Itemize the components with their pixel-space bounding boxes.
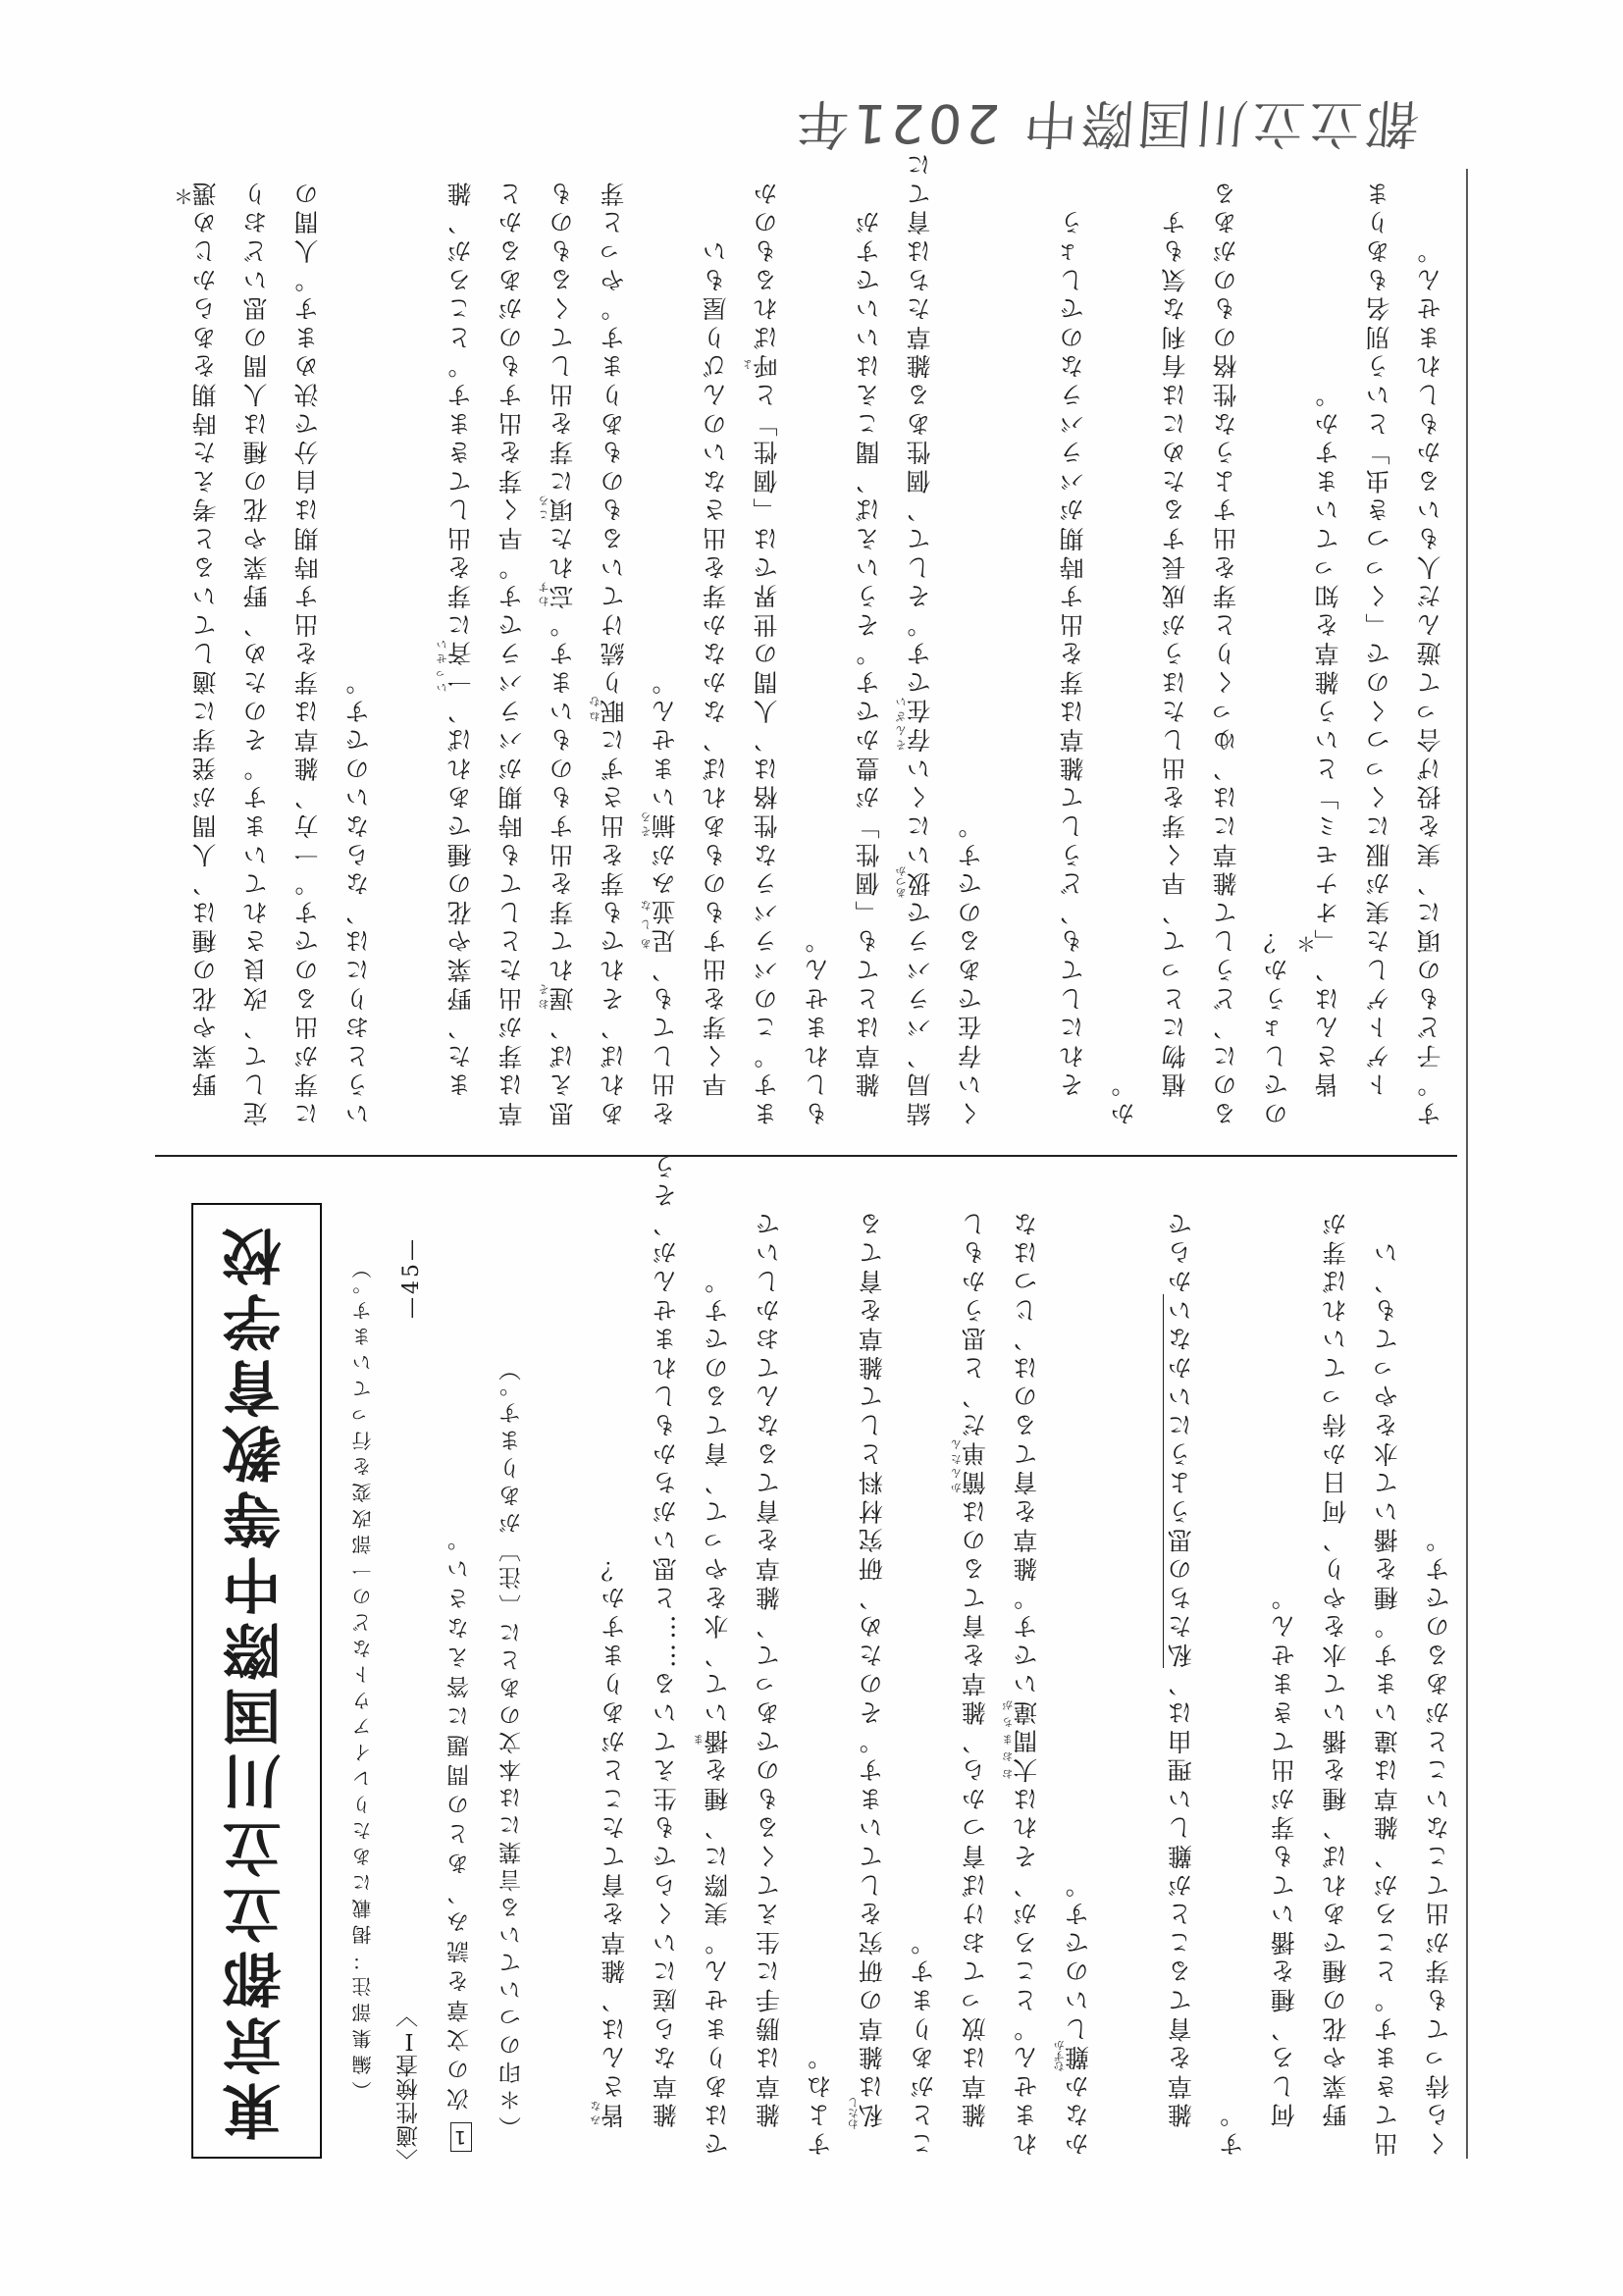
- text-column: あれば、それでも芽を出さずに眠ねむり続けているものもあります。やっと芽: [589, 145, 640, 1126]
- school-title: 東京都立立川国際中等教育学校: [215, 1221, 299, 2141]
- text-column: 雑草なら庭にいくらでも生えている……と思いがちかもしれませんが、そう: [641, 1175, 693, 2157]
- text-column: に芽が出るのです。一方、雑草は芽を出す時期は自分で決めます。人間の: [283, 145, 334, 1126]
- furigana-word: 呼よ: [753, 350, 781, 379]
- text-column: 植物にとって、早く芽を出したほうが成長するためには有利な気もす: [1150, 145, 1201, 1126]
- blank-column: [997, 145, 1048, 1126]
- text-column: 草は芽が出たとしても時期がバラバラです。早く芽を出すものがあるかと: [487, 145, 538, 1126]
- text-column: 出てきます。ところが、雑草は違います。種を播いて水をやっても、い: [1362, 1175, 1414, 2157]
- text-column: また、野菜や花の種であれば、一斉いっせいに芽を出してきます。ところが、雑: [436, 145, 487, 1126]
- question-instruction: 次の文章を読み、あとの問題に答えなさい。: [447, 1522, 473, 2111]
- text-column: 野菜や花の種であれば、種を播いて水をやり、何日か待っていれば芽が: [1311, 1175, 1363, 2157]
- furigana-word: 難むずか: [1064, 2042, 1092, 2070]
- page-number: —45—: [401, 1236, 423, 1319]
- underlined-phrase: 私たちの思うようにいかない: [1163, 1294, 1195, 1668]
- furigana-word: 播ま: [704, 1725, 732, 1753]
- note-instruction: （＊印のついている言葉には本文のあとに〔注〕があります。）: [500, 1354, 524, 2140]
- text-column: くら待っても芽が出てこないことがあるのです。: [1414, 1175, 1466, 2157]
- text-column: 野菜や花の種は、人間が発芽に適していると考えた時期をあらかじめ＊選: [181, 145, 232, 1126]
- blank-column: [1105, 1175, 1157, 2157]
- text-column: 雑草を育てることが難しい理由は、私たちの思うようにいかないからで: [1156, 1175, 1208, 2157]
- text-column: 雑草はとても「個性」が豊かです。そういえば、聞こえはいいですが: [844, 145, 895, 1126]
- furigana-word: 揃そろ: [651, 810, 679, 839]
- furigana-word: 簡単かんたん: [961, 1437, 989, 1495]
- furigana-word: 頃ころ: [549, 494, 577, 522]
- text-column: ことがあります。: [899, 1175, 951, 2157]
- tier-divider-rule: [155, 1155, 1457, 1157]
- furigana-word: 皆みな: [601, 2099, 629, 2127]
- text-column: ではありません。実際に、種を播まいて、水をやって、育てるのです。: [693, 1175, 745, 2157]
- text-column: す。: [1208, 1175, 1260, 2157]
- text-column: るのに、どうして雑草には、ゆっくりと芽を出すような性格のものがある: [1201, 145, 1252, 1126]
- text-column: 皆みなさんは、雑草を育てたことがありますか？: [590, 1175, 642, 2157]
- text-column: 皆さんは、＊「オナモミ」という雑草を知っていますか。: [1303, 145, 1354, 1126]
- editor-note: （編集部注：掲載にあたりレイアウトなどの一部改変を行っています。）: [352, 1253, 374, 2102]
- text-column: 思えば、遅おそれて芽を出すものもいます。忘わすれた頃ころに芽を出してくるものも: [538, 145, 589, 1126]
- school-title-box: 東京都立立川国際中等教育学校: [191, 1203, 322, 2159]
- blank-column: [385, 145, 436, 1126]
- text-column: すよね。: [796, 1175, 848, 2157]
- text-column: 雑草は勝手に生えてくるものであって、雑草を育てるなんておかしいで: [744, 1175, 796, 2157]
- text-column: か。: [1099, 145, 1150, 1126]
- text-column: れません。ところが、それは大間違おおまちがいです。雑草を育てるのは、じつはな: [1002, 1175, 1054, 2157]
- text-column: もしれません。: [793, 145, 844, 1126]
- handwritten-note: 都立立川国際中 2021年: [791, 96, 1421, 149]
- furigana-word: 眠ねむ: [600, 695, 628, 723]
- furigana-word: 私わたし: [858, 2099, 886, 2127]
- passage-upper-tier: 皆みなさんは、雑草を育てたことがありますか？ 雑草なら庭にいくらでも生えている……: [590, 1175, 1466, 2157]
- furigana-word: 存在そんざい: [906, 695, 934, 753]
- text-column: くい存在であるのです。: [946, 145, 997, 1126]
- text-column: のでしょうか？: [1252, 145, 1303, 1126]
- exam-page: 都立立川国際中 2021年 東京都立立川国際中等教育学校 （編集部注：掲載にあた…: [0, 0, 1623, 2296]
- text-column: 私わたしは雑草の研究をしています。そのため、研究材料として雑草を育てる: [847, 1175, 899, 2157]
- text-column: トゲトゲした実が服にくっつくので「くっつき虫」という別名もありま: [1354, 145, 1405, 1126]
- text-column: 雑草は放っておけば育つから、雑草を育てるのは簡単かんたんだ、と思うかもし: [950, 1175, 1002, 2157]
- text-column: 何しろ、種を播いても芽が出てきません。: [1259, 1175, 1311, 2157]
- question-number-box: 1: [450, 2122, 472, 2152]
- text-column: いうとおりには、ならないのです。: [334, 145, 385, 1126]
- text-column: それにしても、どうして雑草は芽を出す時期がバラバラなのでしょう: [1048, 145, 1099, 1126]
- text-column: を出しても、足並あしなみが揃そろいません。: [640, 145, 691, 1126]
- passage-lower-tier: 野菜や花の種は、人間が発芽に適していると考えた時期をあらかじめ＊選 定して、改良…: [181, 145, 1456, 1126]
- text-column: ます。このバラバラな性格は、人間の世界では「個性」と呼よばれるものか: [742, 145, 793, 1126]
- text-column: 早く芽を出すものもあれば、なかなか芽を出さないのんびり屋もい: [691, 145, 742, 1126]
- text-column: 定して、改良されています。そのため、野菜や花の種は人間の思いどおり: [232, 145, 283, 1126]
- text-column: す。子どもの頃に、実を投げ合って遊んだ人もいるかもしれません。: [1405, 145, 1456, 1126]
- furigana-word: 一斉いっせい: [446, 638, 475, 696]
- vertical-rule: [1467, 169, 1469, 2159]
- text-column: 結局、バラバラで扱あつかいにくい存在そんざいです。そして、個性ある雑草たちは育て…: [895, 145, 946, 1126]
- furigana-word: 扱あつか: [906, 867, 934, 896]
- furigana-word: 遅おそ: [549, 982, 577, 1011]
- section-label: 〈適性検査Ⅰ〉: [397, 2004, 421, 2171]
- furigana-word: 足並あしな: [651, 897, 679, 955]
- question-heading: 1次の文章を読み、あとの問題に答えなさい。: [448, 1522, 472, 2152]
- text-column: かなか難むずかしいのです。: [1053, 1175, 1105, 2157]
- furigana-word: 忘わす: [549, 580, 577, 608]
- furigana-word: 大間違おおまちが: [1013, 1696, 1041, 1783]
